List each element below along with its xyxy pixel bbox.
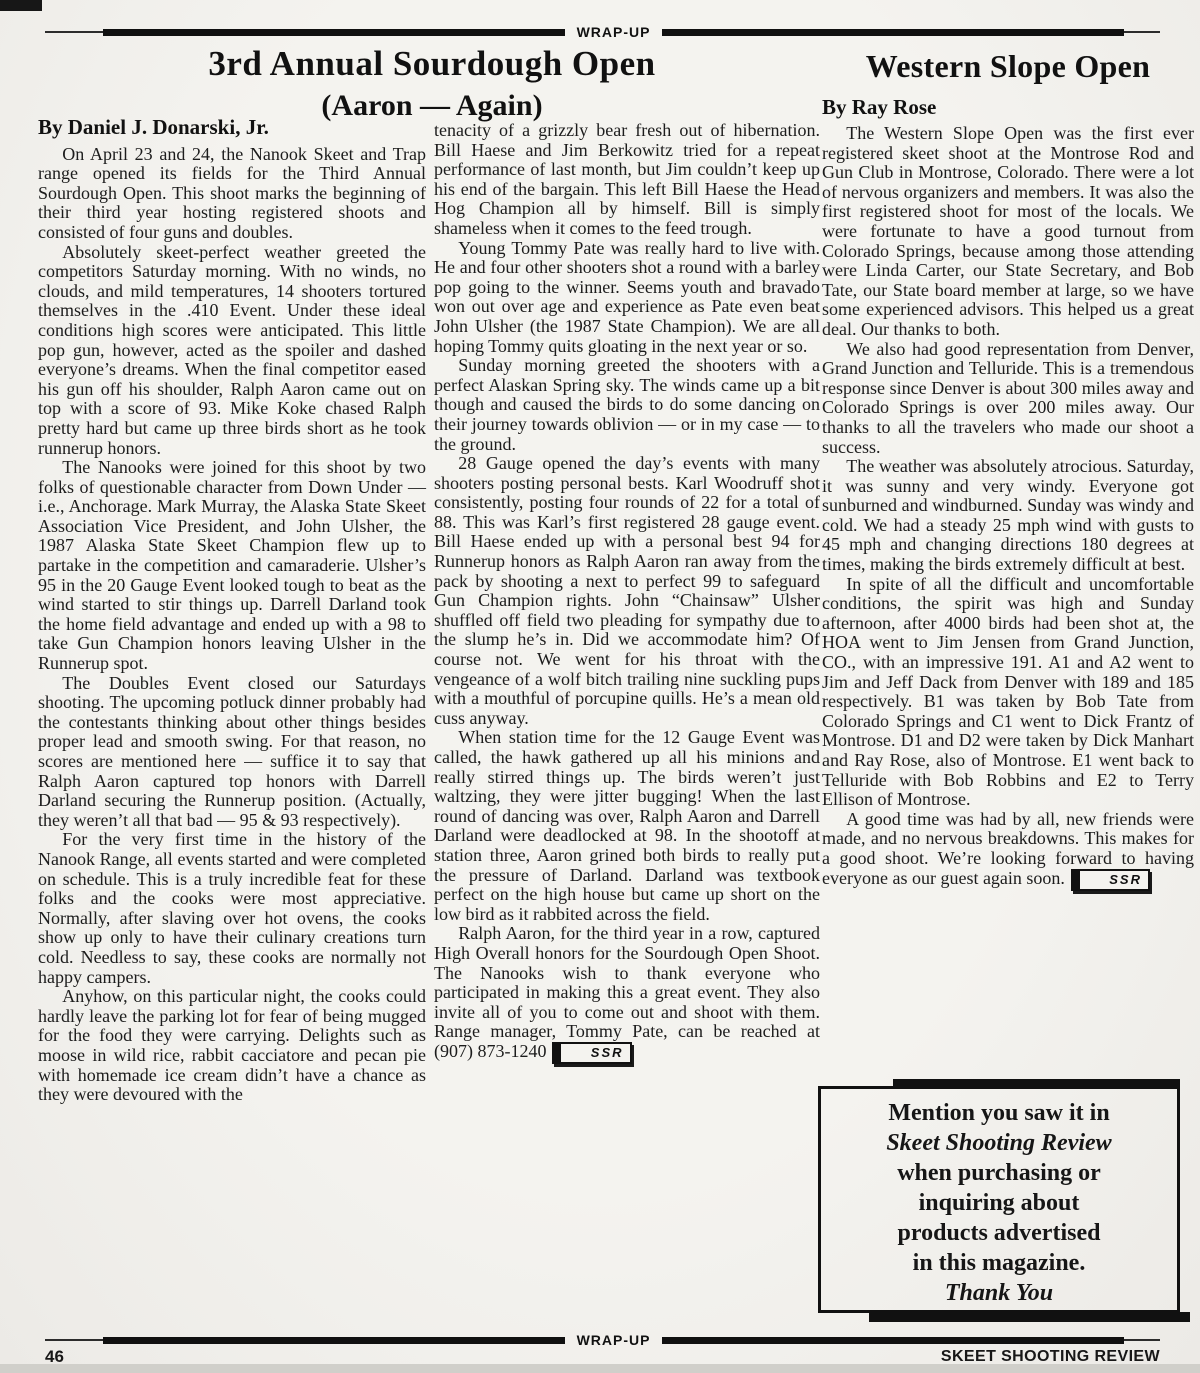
paragraph: The weather was absolutely atrocious. Sa… [822, 457, 1194, 575]
paragraph: Young Tommy Pate was really hard to live… [434, 239, 820, 357]
paragraph: 28 Gauge opened the day’s events with ma… [434, 454, 820, 728]
paragraph: Anyhow, on this particular night, the co… [38, 987, 426, 1105]
paragraph: The Doubles Event closed our Saturdays s… [38, 674, 426, 831]
right-article-title: Western Slope Open [822, 48, 1194, 85]
paragraph: Thank You [821, 1278, 1177, 1308]
paragraph: Mention you saw it in [821, 1098, 1177, 1128]
right-article-column: The Western Slope Open was the first eve… [822, 124, 1194, 891]
paragraph: When station time for the 12 Gauge Event… [434, 728, 820, 924]
paragraph: inquiring about [821, 1188, 1177, 1218]
left-article-column-2: tenacity of a grizzly bear fresh out of … [434, 121, 820, 1064]
paragraph: tenacity of a grizzly bear fresh out of … [434, 121, 820, 239]
rule-thin-segment [1124, 31, 1160, 33]
rule-thin-segment [45, 1339, 103, 1341]
paragraph: In spite of all the difficult and uncomf… [822, 575, 1194, 810]
left-article-title: 3rd Annual Sourdough Open [38, 44, 826, 84]
rule-thin-segment [1124, 1339, 1160, 1341]
paragraph: products advertised [821, 1218, 1177, 1248]
paragraph: On April 23 and 24, the Nanook Skeet and… [38, 145, 426, 243]
paragraph: Skeet Shooting Review [821, 1128, 1177, 1158]
ssr-end-badge: SSR [1071, 869, 1150, 891]
paragraph: The Western Slope Open was the first eve… [822, 124, 1194, 340]
paragraph: Sunday morning greeted the shooters with… [434, 356, 820, 454]
rule-thick-bar [103, 29, 565, 36]
rule-thick-bar [662, 29, 1124, 36]
wrapup-label: WRAP-UP [577, 1332, 651, 1348]
scan-edge-strip [0, 1364, 1200, 1373]
paragraph: We also had good representation from Den… [822, 340, 1194, 458]
paragraph: Absolutely skeet-perfect weather greeted… [38, 243, 426, 459]
left-article-header: 3rd Annual Sourdough Open (Aaron — Again… [38, 44, 826, 123]
paragraph: Ralph Aaron, for the third year in a row… [434, 924, 820, 1064]
left-article-byline: By Daniel J. Donarski, Jr. [38, 118, 426, 138]
paragraph: in this magazine. [821, 1248, 1177, 1278]
right-article-byline: By Ray Rose [822, 95, 1194, 120]
wrapup-rule-bottom: WRAP-UP [45, 1332, 1160, 1348]
paragraph: For the very first time in the history o… [38, 830, 426, 987]
mention-ad-box: Mention you saw it inSkeet Shooting Revi… [818, 1086, 1180, 1313]
left-article-column-1-text: On April 23 and 24, the Nanook Skeet and… [38, 145, 426, 1105]
rule-thick-bar [103, 1337, 565, 1344]
wrapup-label: WRAP-UP [577, 24, 651, 40]
right-article-header: Western Slope Open By Ray Rose [822, 48, 1194, 120]
paragraph: A good time was had by all, new friends … [822, 810, 1194, 891]
magazine-page: WRAP-UP 3rd Annual Sourdough Open (Aaron… [0, 0, 1200, 1373]
ssr-end-badge: SSR [552, 1042, 631, 1064]
rule-thick-bar [662, 1337, 1124, 1344]
paragraph: The Nanooks were joined for this shoot b… [38, 458, 426, 674]
wrapup-rule-top: WRAP-UP [45, 24, 1160, 40]
rule-thin-segment [45, 31, 103, 33]
left-article-column-1: By Daniel J. Donarski, Jr. On April 23 a… [38, 118, 426, 1105]
paragraph: when purchasing or [821, 1158, 1177, 1188]
scan-artifact-corner [0, 0, 42, 11]
